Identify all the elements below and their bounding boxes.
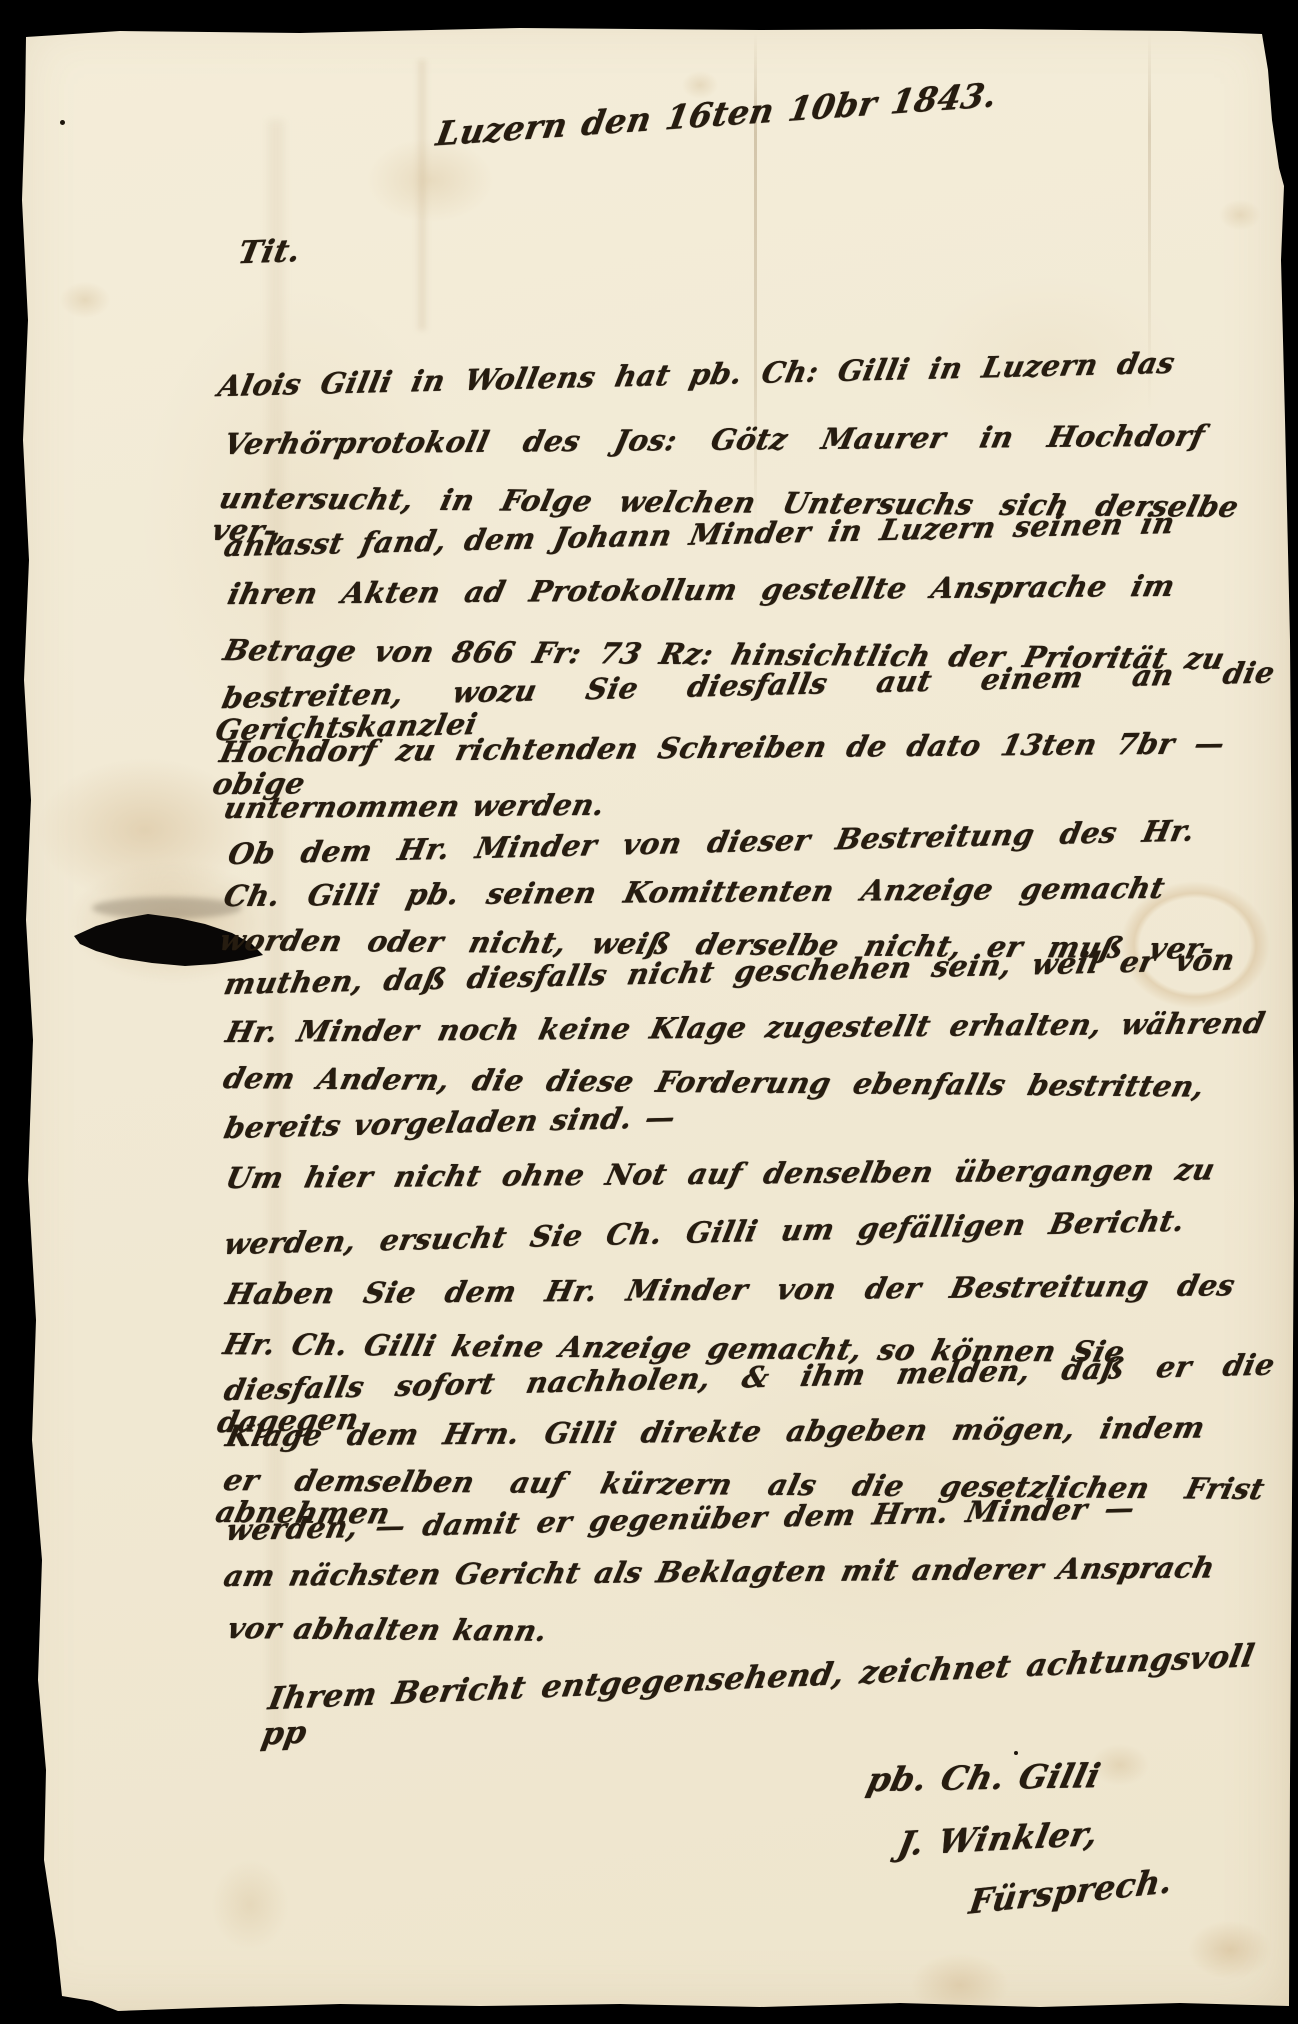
body-line-9: unternommen werden. (221, 789, 608, 825)
body-line-11: Ch. Gilli pb. seinen Komittenten Anzeige… (221, 872, 1168, 913)
body-line-2: Verhörprotokoll des Jos: Götz Maurer in … (221, 419, 1208, 460)
body-line-16: bereits vorgeladen sind. — (221, 1101, 678, 1145)
signature-ch-gilli: pb. Ch. Gilli (863, 1758, 1103, 1799)
scanned-letter: Luzern den 16ten 10br 1843. Tit. Alois G… (0, 0, 1298, 2024)
letter-paper: Luzern den 16ten 10br 1843. Tit. Alois G… (0, 0, 1298, 2024)
body-line-26: vor abhalten kann. (224, 1612, 551, 1647)
body-line-25: am nächsten Gericht als Beklagten mit an… (221, 1551, 1218, 1592)
body-line-22: Klage dem Hrn. Gilli direkte abgeben mög… (223, 1411, 1208, 1452)
signature-fuersprech: Fürsprech. (967, 1863, 1175, 1922)
salutation: Tit. (235, 234, 303, 271)
ink-speck (1014, 1751, 1018, 1755)
signature-j-winkler: J. Winkler, (895, 1816, 1101, 1864)
ink-smear (92, 897, 242, 919)
body-line-1: Alois Gilli in Wollens hat pb. Ch: Gilli… (215, 347, 1177, 403)
body-line-18: werden, ersucht Sie Ch. Gilli um gefälli… (221, 1205, 1187, 1261)
dateline: Luzern den 16ten 10br 1843. (433, 77, 999, 154)
body-line-19: Haben Sie dem Hr. Minder von der Bestrei… (223, 1269, 1238, 1310)
body-line-15: dem Andern, die diese Forderung ebenfall… (220, 1062, 1208, 1103)
body-line-14: Hr. Minder noch keine Klage zugestellt e… (223, 1007, 1268, 1049)
ink-speck (60, 120, 65, 125)
fold-line (418, 60, 426, 330)
body-line-17: Um hier nicht ohne Not auf denselben übe… (223, 1153, 1218, 1194)
closing-line: Ihrem Bericht entgegensehend, zeichnet a… (259, 1639, 1257, 1752)
body-line-5: ihren Akten ad Protokollum gestellte Ans… (225, 570, 1178, 611)
